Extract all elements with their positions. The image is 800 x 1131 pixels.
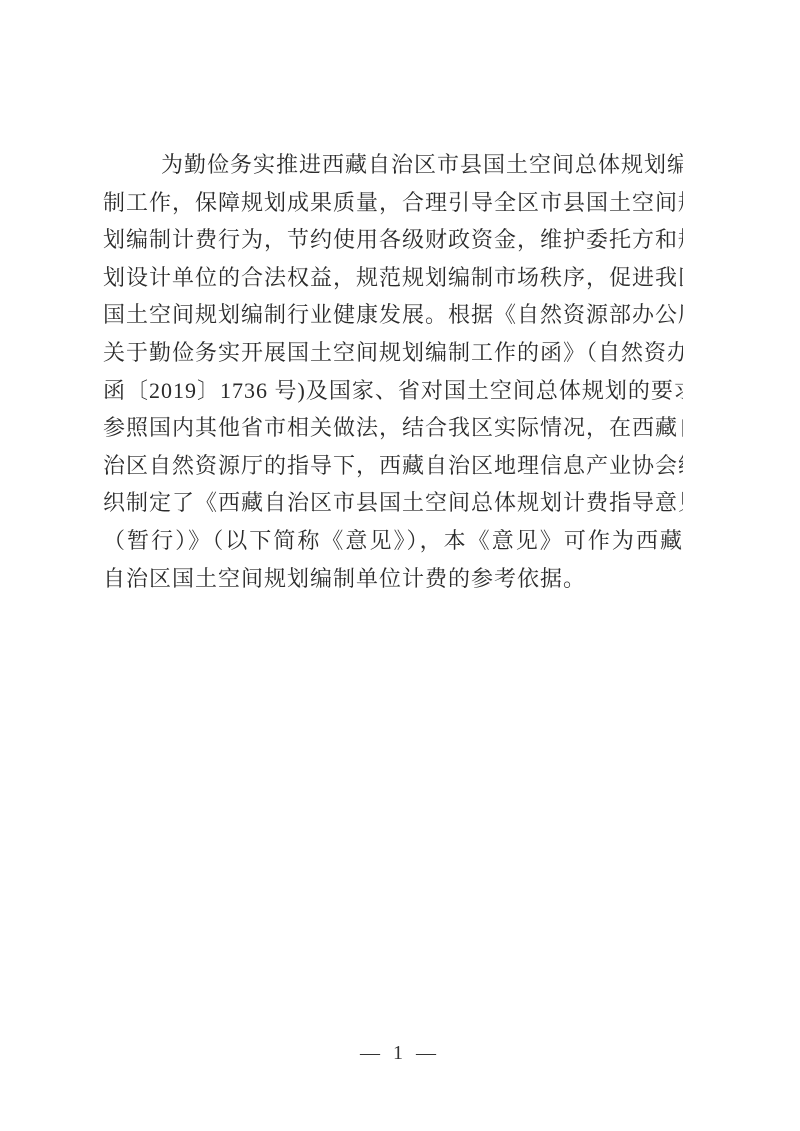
page-number: — 1 — — [0, 1042, 800, 1065]
paragraph-line: 划编制计费行为，节约使用各级财政资金，维护委托方和规 — [103, 221, 683, 259]
paragraph-line: 划设计单位的合法权益，规范规划编制市场秩序，促进我区 — [103, 259, 683, 297]
paragraph-line: 治区自然资源厅的指导下，西藏自治区地理信息产业协会组 — [103, 447, 683, 485]
paragraph-line: 国土空间规划编制行业健康发展。根据《自然资源部办公厅 — [103, 296, 683, 334]
paragraph-line: 函〔2019〕1736 号)及国家、省对国土空间总体规划的要求， — [103, 372, 683, 410]
body-paragraph: 为勤俭务实推进西藏自治区市县国土空间总体规划编 制工作，保障规划成果质量，合理引… — [103, 146, 683, 597]
paragraph-line: 关于勤俭务实开展国土空间规划编制工作的函》（自然资办 — [103, 334, 683, 372]
paragraph-line: （暂行）》（以下简称《意见》），本《意见》可作为西藏 — [103, 522, 683, 560]
paragraph-line: 自治区国土空间规划编制单位计费的参考依据。 — [103, 560, 683, 598]
document-page: 为勤俭务实推进西藏自治区市县国土空间总体规划编 制工作，保障规划成果质量，合理引… — [0, 0, 800, 1131]
paragraph-line: 为勤俭务实推进西藏自治区市县国土空间总体规划编 — [103, 146, 683, 184]
paragraph-line: 制工作，保障规划成果质量，合理引导全区市县国土空间规 — [103, 184, 683, 222]
paragraph-line: 参照国内其他省市相关做法，结合我区实际情况，在西藏自 — [103, 409, 683, 447]
paragraph-line: 织制定了《西藏自治区市县国土空间总体规划计费指导意见 — [103, 484, 683, 522]
